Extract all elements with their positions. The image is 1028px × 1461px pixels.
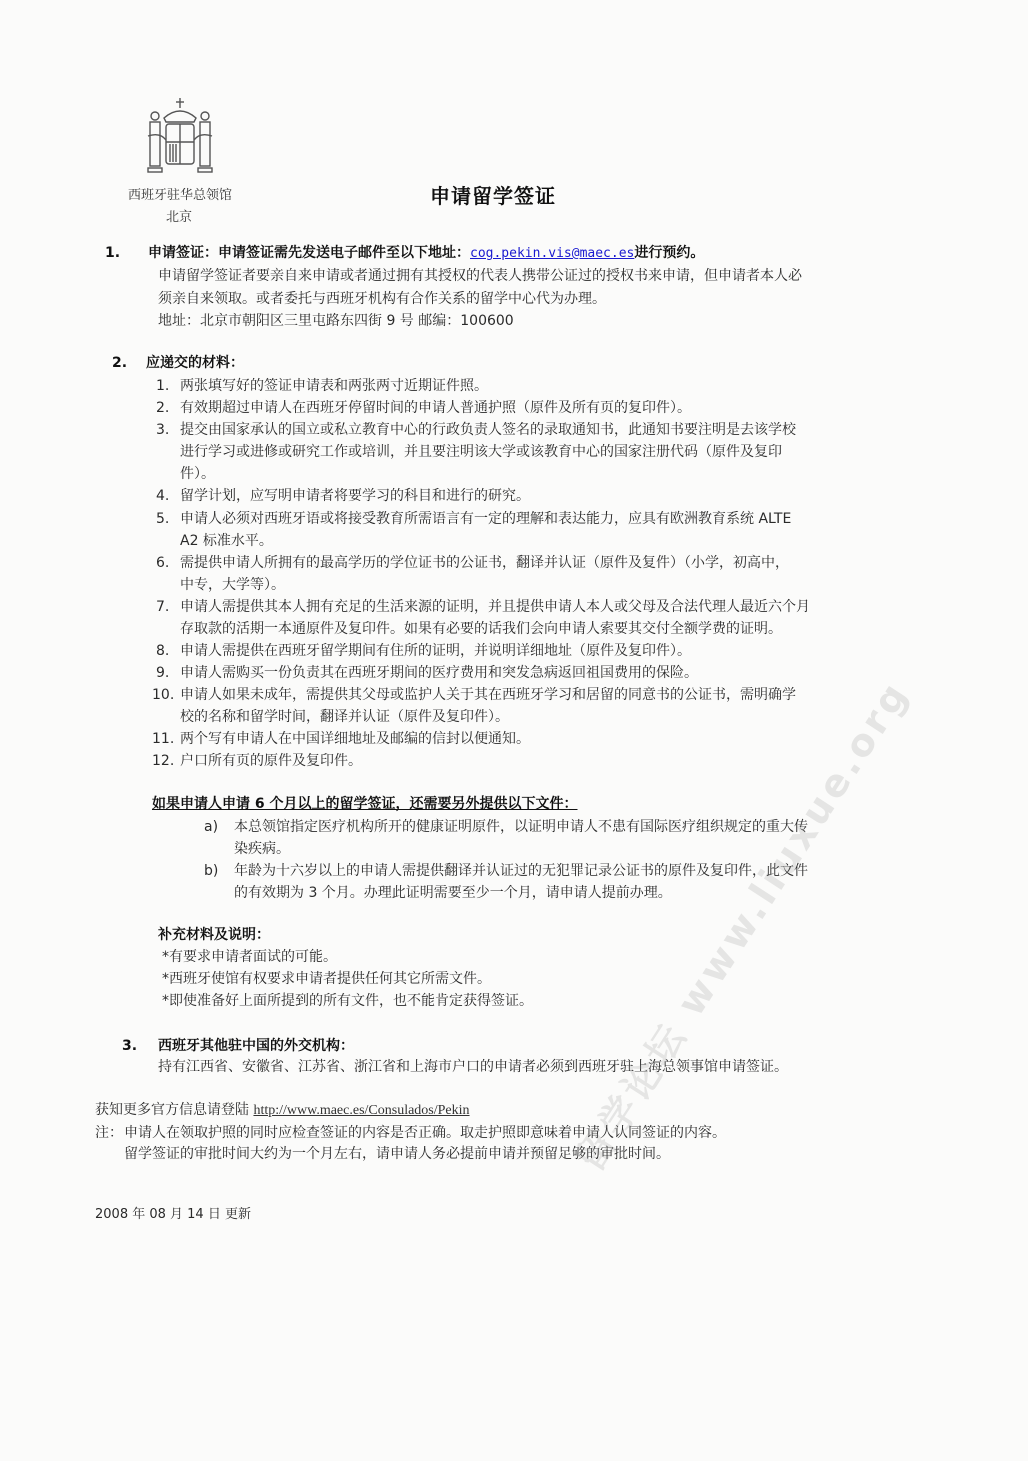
consulate-city: 北京 <box>166 206 192 225</box>
address-line: 地址：北京市朝阳区三里屯路东四街 9 号 邮编：100600 <box>158 312 514 330</box>
list-item: 提交由国家承认的国立或私立教育中心的行政负责人签名的录取通知书，此通知书要注明是… <box>180 421 796 439</box>
section-3-number: 3. <box>122 1037 137 1055</box>
updated-date: 2008 年 08 月 14 日 更新 <box>95 1206 251 1224</box>
item-number: 5. <box>156 510 169 528</box>
consulate-name: 西班牙驻华总领馆 <box>128 184 232 203</box>
list-item: 申请人需提供在西班牙留学期间有住所的证明，并说明详细地址（原件及复印件）。 <box>180 642 691 660</box>
spain-coat-of-arms-icon <box>140 96 220 176</box>
list-item: 需提供申请人所拥有的最高学历的学位证书的公证书，翻译并认证（原件及复件）（小学，… <box>180 554 789 572</box>
list-item: 有效期超过申请人在西班牙停留时间的申请人普通护照（原件及所有页的复印件）。 <box>180 399 691 417</box>
item-number: 2. <box>156 399 169 417</box>
list-item: 本总领馆指定医疗机构所开的健康证明原件，以证明申请人不患有国际医疗组织规定的重大… <box>234 818 808 836</box>
list-item: 申请人如果未成年，需提供其父母或监护人关于其在西班牙学习和居留的同意书的公证书，… <box>180 686 796 704</box>
list-item-cont: 校的名称和留学时间，翻译并认证（原件及复印件）。 <box>180 708 509 726</box>
section-1-heading-text: 申请签证：申请签证需先发送电子邮件至以下地址： <box>148 245 470 261</box>
list-item: 申请人需购买一份负责其在西班牙期间的医疗费用和突发急病返回祖国费用的保险。 <box>180 664 698 682</box>
list-item-cont: 的有效期为 3 个月。办理此证明需要至少一个月，请申请人提前办理。 <box>234 884 672 902</box>
item-number: 1. <box>156 377 169 395</box>
list-item-cont: 进行学习或进修或研究工作或培训，并且要注明该大学或该教育中心的国家注册代码（原件… <box>180 443 782 461</box>
item-number: 4. <box>156 487 169 505</box>
list-item: 留学计划，应写明申请者将要学习的科目和进行的研究。 <box>180 487 530 505</box>
item-number: 10. <box>152 686 174 704</box>
list-item: 申请人必须对西班牙语或将接受教育所需语言有一定的理解和表达能力，应具有欧洲教育系… <box>180 510 791 528</box>
list-item-cont: 件）。 <box>180 465 215 483</box>
more-info-line: 获知更多官方信息请登陆 http://www.maec.es/Consulado… <box>95 1101 470 1120</box>
supplementary-note: *有要求申请者面试的可能。 <box>162 948 337 966</box>
supplementary-note: *西班牙使馆有权要求申请者提供任何其它所需文件。 <box>162 970 491 988</box>
item-number: 8. <box>156 642 169 660</box>
section-3-text: 持有江西省、安徽省、江苏省、浙江省和上海市户口的申请者必须到西班牙驻上海总领事馆… <box>158 1058 788 1076</box>
consulate-website-link[interactable]: http://www.maec.es/Consulados/Pekin <box>253 1103 469 1118</box>
item-number: 9. <box>156 664 169 682</box>
section-1-number: 1. <box>105 244 120 262</box>
section-2-heading: 应递交的材料： <box>146 354 244 372</box>
item-number: 3. <box>156 421 169 439</box>
supplementary-heading: 补充材料及说明： <box>158 926 270 944</box>
section-1-line: 须亲自来领取。或者委托与西班牙机构有合作关系的留学中心代为办理。 <box>158 290 606 308</box>
section-3-heading: 西班牙其他驻中国的外交机构： <box>158 1037 354 1055</box>
note-label: 注： <box>95 1124 123 1142</box>
page-title: 申请留学签证 <box>430 180 556 209</box>
item-number: 7. <box>156 598 169 616</box>
item-number: 12. <box>152 752 174 770</box>
supplementary-note: *即使准备好上面所提到的所有文件，也不能肯定获得签证。 <box>162 992 533 1010</box>
more-info-prefix: 获知更多官方信息请登陆 <box>95 1102 253 1118</box>
list-item: 申请人需提供其本人拥有充足的生活来源的证明，并且提供申请人本人或父母及合法代理人… <box>180 598 810 616</box>
list-item-cont: 染疾病。 <box>234 840 290 858</box>
list-item: 年龄为十六岁以上的申请人需提供翻译并认证过的无犯罪记录公证书的原件及复印件，此文… <box>234 862 808 880</box>
list-item: 两个写有申请人在中国详细地址及邮编的信封以便通知。 <box>180 730 530 748</box>
section-2-number: 2. <box>112 354 127 372</box>
item-letter: a) <box>204 818 218 836</box>
list-item-cont: 存取款的活期一本通原件及复印件。如果有必要的话我们会向申请人索要其交付全额学费的… <box>180 620 782 638</box>
item-number: 6. <box>156 554 169 572</box>
appointment-email-link[interactable]: cog.pekin.vis@maec.es <box>470 246 634 261</box>
extra-docs-heading: 如果申请人申请 6 个月以上的留学签证，还需要另外提供以下文件： <box>152 795 578 813</box>
section-1-heading: 申请签证：申请签证需先发送电子邮件至以下地址：cog.pekin.vis@mae… <box>148 244 704 263</box>
list-item-cont: 中专，大学等）。 <box>180 576 285 594</box>
item-letter: b) <box>204 862 218 880</box>
item-number: 11. <box>152 730 174 748</box>
section-1-heading-tail: 进行预约。 <box>634 245 704 261</box>
watermark: 留学论坛 www.liuxue.org <box>560 667 920 1180</box>
list-item: 户口所有页的原件及复印件。 <box>180 752 362 770</box>
section-1-line: 申请留学签证者要亲自来申请或者通过拥有其授权的代表人携带公证过的授权书来申请，但… <box>158 267 802 285</box>
list-item: 两张填写好的签证申请表和两张两寸近期证件照。 <box>180 377 488 395</box>
list-item-cont: A2 标准水平。 <box>180 532 273 550</box>
